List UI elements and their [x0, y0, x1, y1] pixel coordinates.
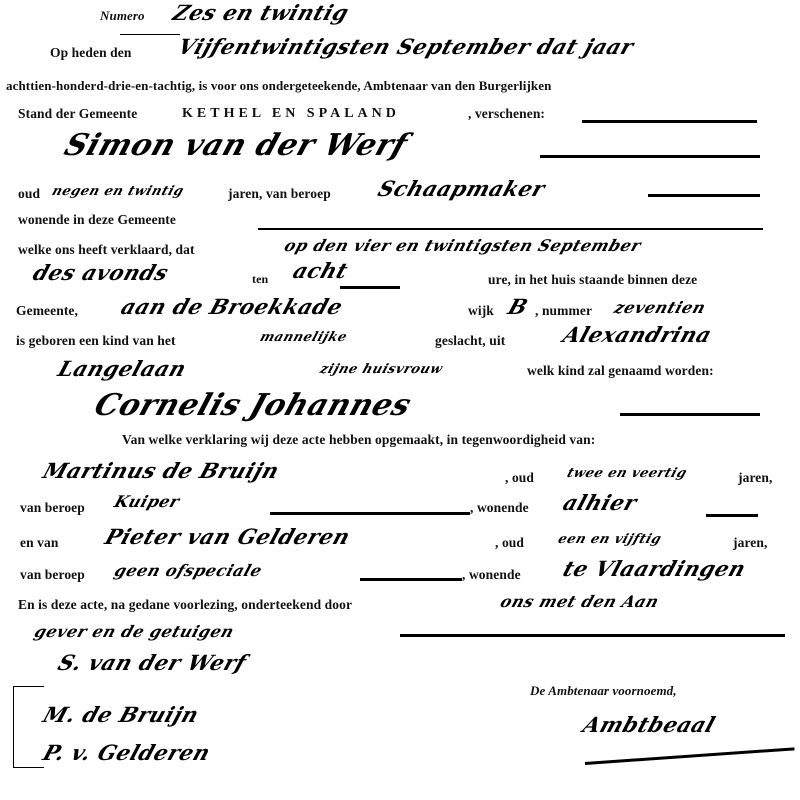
op-heden-label: Op heden den	[50, 45, 131, 61]
witness1-residence-label: , wonende	[470, 500, 529, 516]
mother-first-name: Alexandrina	[560, 322, 715, 347]
declared-label: welke ons heeft verklaard, dat	[18, 242, 195, 258]
official-label: De Ambtenaar voornoemd,	[530, 683, 677, 699]
residence-label: wonende in deze Gemeente	[18, 212, 176, 228]
registration-date: Vijfentwintigsten September dat jaar	[175, 34, 637, 59]
signature-declarant: S. van der Werf	[55, 650, 250, 675]
age-label: oud	[18, 186, 40, 202]
birth-hour: acht	[290, 258, 351, 283]
blank-rule	[340, 286, 400, 289]
blank-rule	[400, 634, 785, 637]
witness1-age-suffix: jaren,	[738, 470, 772, 486]
ten-label: ten	[252, 272, 268, 287]
born-suffix: geslacht, uit	[435, 333, 505, 349]
street-name: aan de Broekkade	[118, 294, 346, 319]
child-name: Cornelis Johannes	[90, 388, 416, 423]
witness2-age-label: , oud	[495, 535, 524, 551]
born-label: is geboren een kind van het	[16, 333, 176, 349]
witness1-profession-label: van beroep	[20, 500, 85, 516]
birth-date: op den vier en twintigsten September	[282, 236, 644, 255]
child-sex: mannelijke	[258, 330, 349, 345]
witness1-age: twee en veertig	[565, 466, 689, 481]
witness2-age: een en vijftig	[556, 532, 663, 547]
witness2-residence: te Vlaardingen	[560, 556, 749, 581]
blank-rule	[258, 228, 763, 230]
signed-by-cont: gever en de getuigen	[32, 622, 237, 641]
blank-rule	[706, 514, 758, 517]
wijk-label: wijk	[468, 303, 494, 319]
numero-value: Zes en twintig	[170, 0, 352, 25]
witness2-name: Pieter van Gelderen	[102, 524, 354, 549]
signature-witness1: M. de Bruijn	[40, 702, 202, 727]
numero-label: Numero	[100, 8, 145, 24]
witness1-residence: alhier	[560, 490, 640, 515]
age-suffix: jaren, van beroep	[228, 186, 331, 202]
blank-rule	[620, 413, 760, 416]
declarant-name: Simon van der Werf	[60, 128, 412, 163]
gemeente-label: Gemeente,	[16, 303, 78, 319]
name-label: welk kind zal genaamd worden:	[527, 363, 714, 379]
municipality-name: KETHEL EN SPALAND	[182, 106, 400, 122]
witness2-age-suffix: jaren,	[733, 535, 767, 551]
blank-rule	[648, 194, 760, 197]
signature-flourish	[585, 747, 795, 765]
witness1-profession: Kuiper	[112, 492, 182, 511]
signature-witness2: P. v. Gelderen	[40, 740, 214, 765]
place-label: ure, in het huis staande binnen deze	[488, 272, 697, 288]
witness2-profession: geen ofspeciale	[112, 561, 265, 580]
declarant-age: negen en twintig	[50, 184, 186, 199]
signed-by: ons met den Aan	[498, 592, 662, 611]
signature-official: Ambtbeaal	[580, 712, 719, 737]
witness2-residence-label: , wonende	[462, 567, 521, 583]
year-line: achttien-honderd-drie-en-tachtig, is voo…	[6, 78, 551, 94]
closing-text: En is deze acte, na gedane voorlezing, o…	[18, 597, 352, 613]
house-number: zeventien	[612, 298, 708, 317]
verschenen-label: , verschenen:	[468, 106, 545, 122]
nummer-label: , nummer	[535, 303, 592, 319]
blank-rule	[540, 155, 760, 158]
witness-intro: Van welke verklaring wij deze acte hebbe…	[122, 432, 595, 448]
blank-rule	[582, 120, 757, 123]
blank-rule	[270, 512, 470, 515]
mother-last-name: Langelaan	[55, 356, 190, 381]
numero-underline	[120, 34, 180, 35]
witness2-profession-label: van beroep	[20, 567, 85, 583]
witness1-name: Martinus de Bruijn	[40, 458, 283, 483]
time-of-day: des avonds	[30, 260, 172, 285]
birth-record-page: Numero Zes en twintig Op heden den Vijfe…	[0, 0, 800, 800]
wijk-value: B	[505, 294, 531, 319]
witness1-age-label: , oud	[505, 470, 534, 486]
stand-label: Stand der Gemeente	[18, 106, 137, 122]
witness2-prefix: en van	[20, 535, 58, 551]
relation: zijne huisvrouw	[318, 362, 445, 377]
signature-bracket	[13, 686, 44, 768]
blank-rule	[360, 578, 462, 581]
declarant-profession: Schaapmaker	[375, 176, 549, 201]
